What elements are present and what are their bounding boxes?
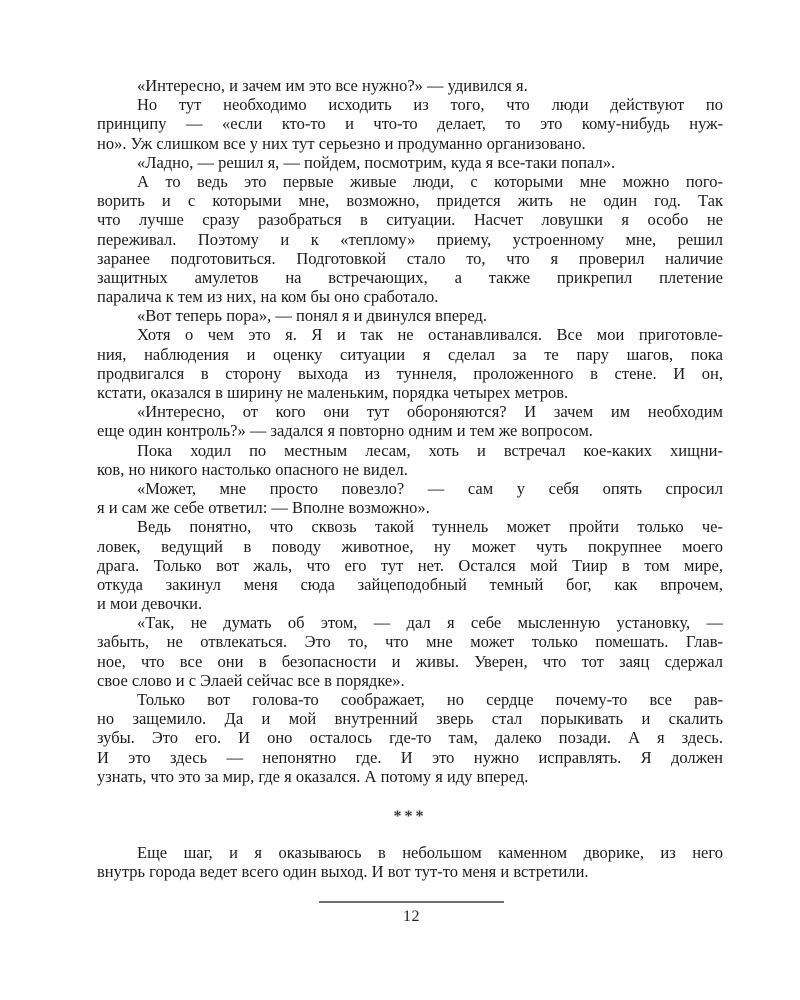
text-line: «Ладно, — решил я, — пойдем, посмотрим, … [97, 153, 723, 172]
text-line: что лучше сразу разобраться в ситуации. … [97, 210, 723, 229]
paragraph: «Так, не думать об этом, — дал я себе мы… [97, 613, 723, 690]
paragraph: Только вот голова-то соображает, но серд… [97, 690, 723, 786]
text-line: зубы. Это его. И оно осталось где-то там… [97, 728, 723, 747]
text-line: Только вот голова-то соображает, но серд… [97, 690, 723, 709]
text-line: Ведь понятно, что сквозь такой туннель м… [97, 517, 723, 536]
text-line: ния, наблюдения и оценку ситуации я сдел… [97, 345, 723, 364]
text-line: но защемило. Да и мой внутренний зверь с… [97, 709, 723, 728]
paragraph: Но тут необходимо исходить из того, что … [97, 95, 723, 153]
text-line: драга. Только вот жаль, что его тут нет.… [97, 556, 723, 575]
text-line: ков, но никого настолько опасного не вид… [97, 460, 723, 479]
text-line: свое слово и с Элаей сейчас все в порядк… [97, 671, 723, 690]
text-line: защитных амулетов на встречающих, а такж… [97, 268, 723, 287]
text-line: И это здесь — непонятно где. И это нужно… [97, 748, 723, 767]
text-line: «Может, мне просто повезло? — сам у себя… [97, 479, 723, 498]
paragraph: Ведь понятно, что сквозь такой туннель м… [97, 517, 723, 613]
paragraph: «Может, мне просто повезло? — сам у себя… [97, 479, 723, 517]
paragraph: «Вот теперь пора», — понял я и двинулся … [97, 306, 723, 325]
text-line: ворить и с которыми мне, возможно, приде… [97, 191, 723, 210]
text-line: паралича к тем из них, на ком бы оно сра… [97, 287, 723, 306]
paragraph: Хотя о чем это я. Я и так не останавлива… [97, 325, 723, 402]
text-line: кстати, оказался в ширину не маленьким, … [97, 383, 723, 402]
page-text-after: Еще шаг, и я оказываюсь в небольшом каме… [97, 843, 723, 881]
text-line: продвигался в сторону выхода из туннеля,… [97, 364, 723, 383]
text-line: «Интересно, от кого они тут обороняются?… [97, 402, 723, 421]
text-line: и мои девочки. [97, 594, 723, 613]
text-line: еще один контроль?» — задался я повторно… [97, 421, 723, 440]
text-line: принципу — «если кто-то и что-то делает,… [97, 114, 723, 133]
paragraph: «Интересно, и зачем им это все нужно?» —… [97, 76, 723, 95]
paragraph: А то ведь это первые живые люди, с котор… [97, 172, 723, 306]
text-line: заранее подготовиться. Подготовкой стало… [97, 249, 723, 268]
text-block: «Интересно, и зачем им это все нужно?» —… [97, 76, 723, 882]
paragraph: «Ладно, — решил я, — пойдем, посмотрим, … [97, 153, 723, 172]
page-text-main: «Интересно, и зачем им это все нужно?» —… [97, 76, 723, 786]
book-page: «Интересно, и зачем им это все нужно?» —… [0, 0, 800, 1000]
text-line: «Вот теперь пора», — понял я и двинулся … [97, 306, 723, 325]
text-line: узнать, что это за мир, где я оказался. … [97, 767, 723, 786]
footer-rule [319, 901, 504, 903]
paragraph: Еще шаг, и я оказываюсь в небольшом каме… [97, 843, 723, 881]
text-line: Еще шаг, и я оказываюсь в небольшом каме… [97, 843, 723, 862]
text-line: но». Уж слишком все у них тут серьезно и… [97, 134, 723, 153]
text-line: я и сам же себе ответил: — Вполне возмож… [97, 498, 723, 517]
text-line: внутрь города ведет всего один выход. И … [97, 862, 723, 881]
text-line: ное, что все они в безопасности и живы. … [97, 652, 723, 671]
page-number: 12 [319, 908, 504, 926]
text-line: Пока ходил по местным лесам, хоть и встр… [97, 441, 723, 460]
text-line: откуда закинул меня сюда зайцеподобный т… [97, 575, 723, 594]
text-line: «Так, не думать об этом, — дал я себе мы… [97, 613, 723, 632]
paragraph: «Интересно, от кого они тут обороняются?… [97, 402, 723, 440]
text-line: А то ведь это первые живые люди, с котор… [97, 172, 723, 191]
text-line: забыть, не отвлекаться. Это то, что мне … [97, 632, 723, 651]
text-line: Но тут необходимо исходить из того, что … [97, 95, 723, 114]
section-separator: *** [97, 807, 723, 826]
page-footer: 12 [319, 901, 504, 926]
text-line: Хотя о чем это я. Я и так не останавлива… [97, 325, 723, 344]
paragraph: Пока ходил по местным лесам, хоть и встр… [97, 441, 723, 479]
text-line: переживал. Поэтому и к «теплому» приему,… [97, 230, 723, 249]
text-line: ловек, ведущий в поводу животное, ну мож… [97, 537, 723, 556]
text-line: «Интересно, и зачем им это все нужно?» —… [97, 76, 723, 95]
